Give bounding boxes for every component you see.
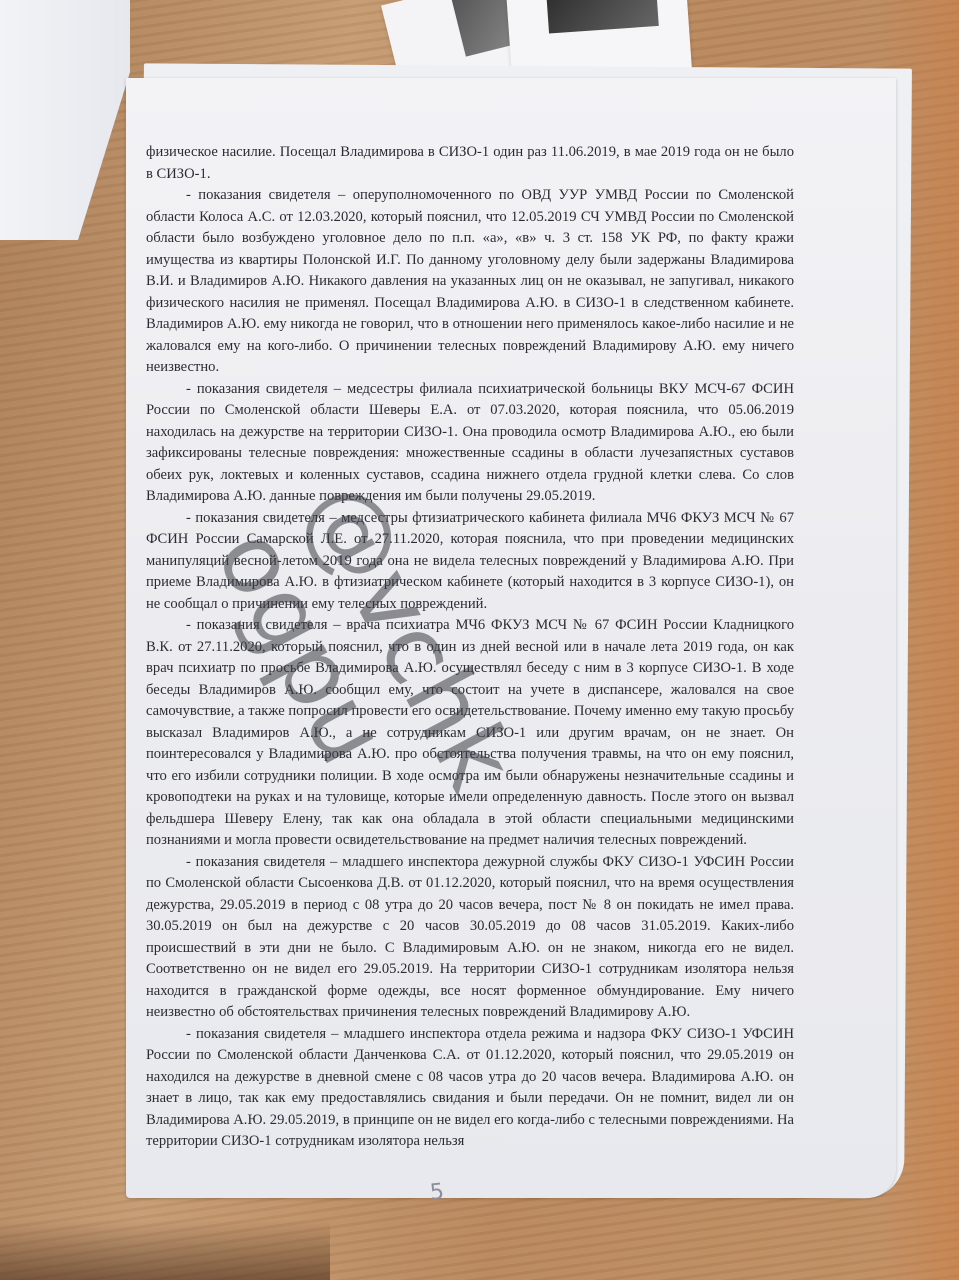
- paragraph: - показания свидетеля – медсестры филиал…: [146, 379, 794, 508]
- paragraph: - показания свидетеля – медсестры фтизиа…: [146, 508, 794, 616]
- paragraph: - показания свидетеля – младшего инспект…: [146, 1024, 794, 1153]
- paragraph: - показания свидетеля – оперуполномоченн…: [146, 185, 794, 379]
- paragraph: физическое насилие. Посещал Владимирова …: [146, 142, 794, 185]
- document-body: физическое насилие. Посещал Владимирова …: [146, 142, 794, 1153]
- paragraph: - показания свидетеля – младшего инспект…: [146, 852, 794, 1024]
- shadow: [0, 1220, 330, 1280]
- handwritten-page-number: 5: [429, 1179, 446, 1205]
- paragraph: - показания свидетеля – врача психиатра …: [146, 615, 794, 852]
